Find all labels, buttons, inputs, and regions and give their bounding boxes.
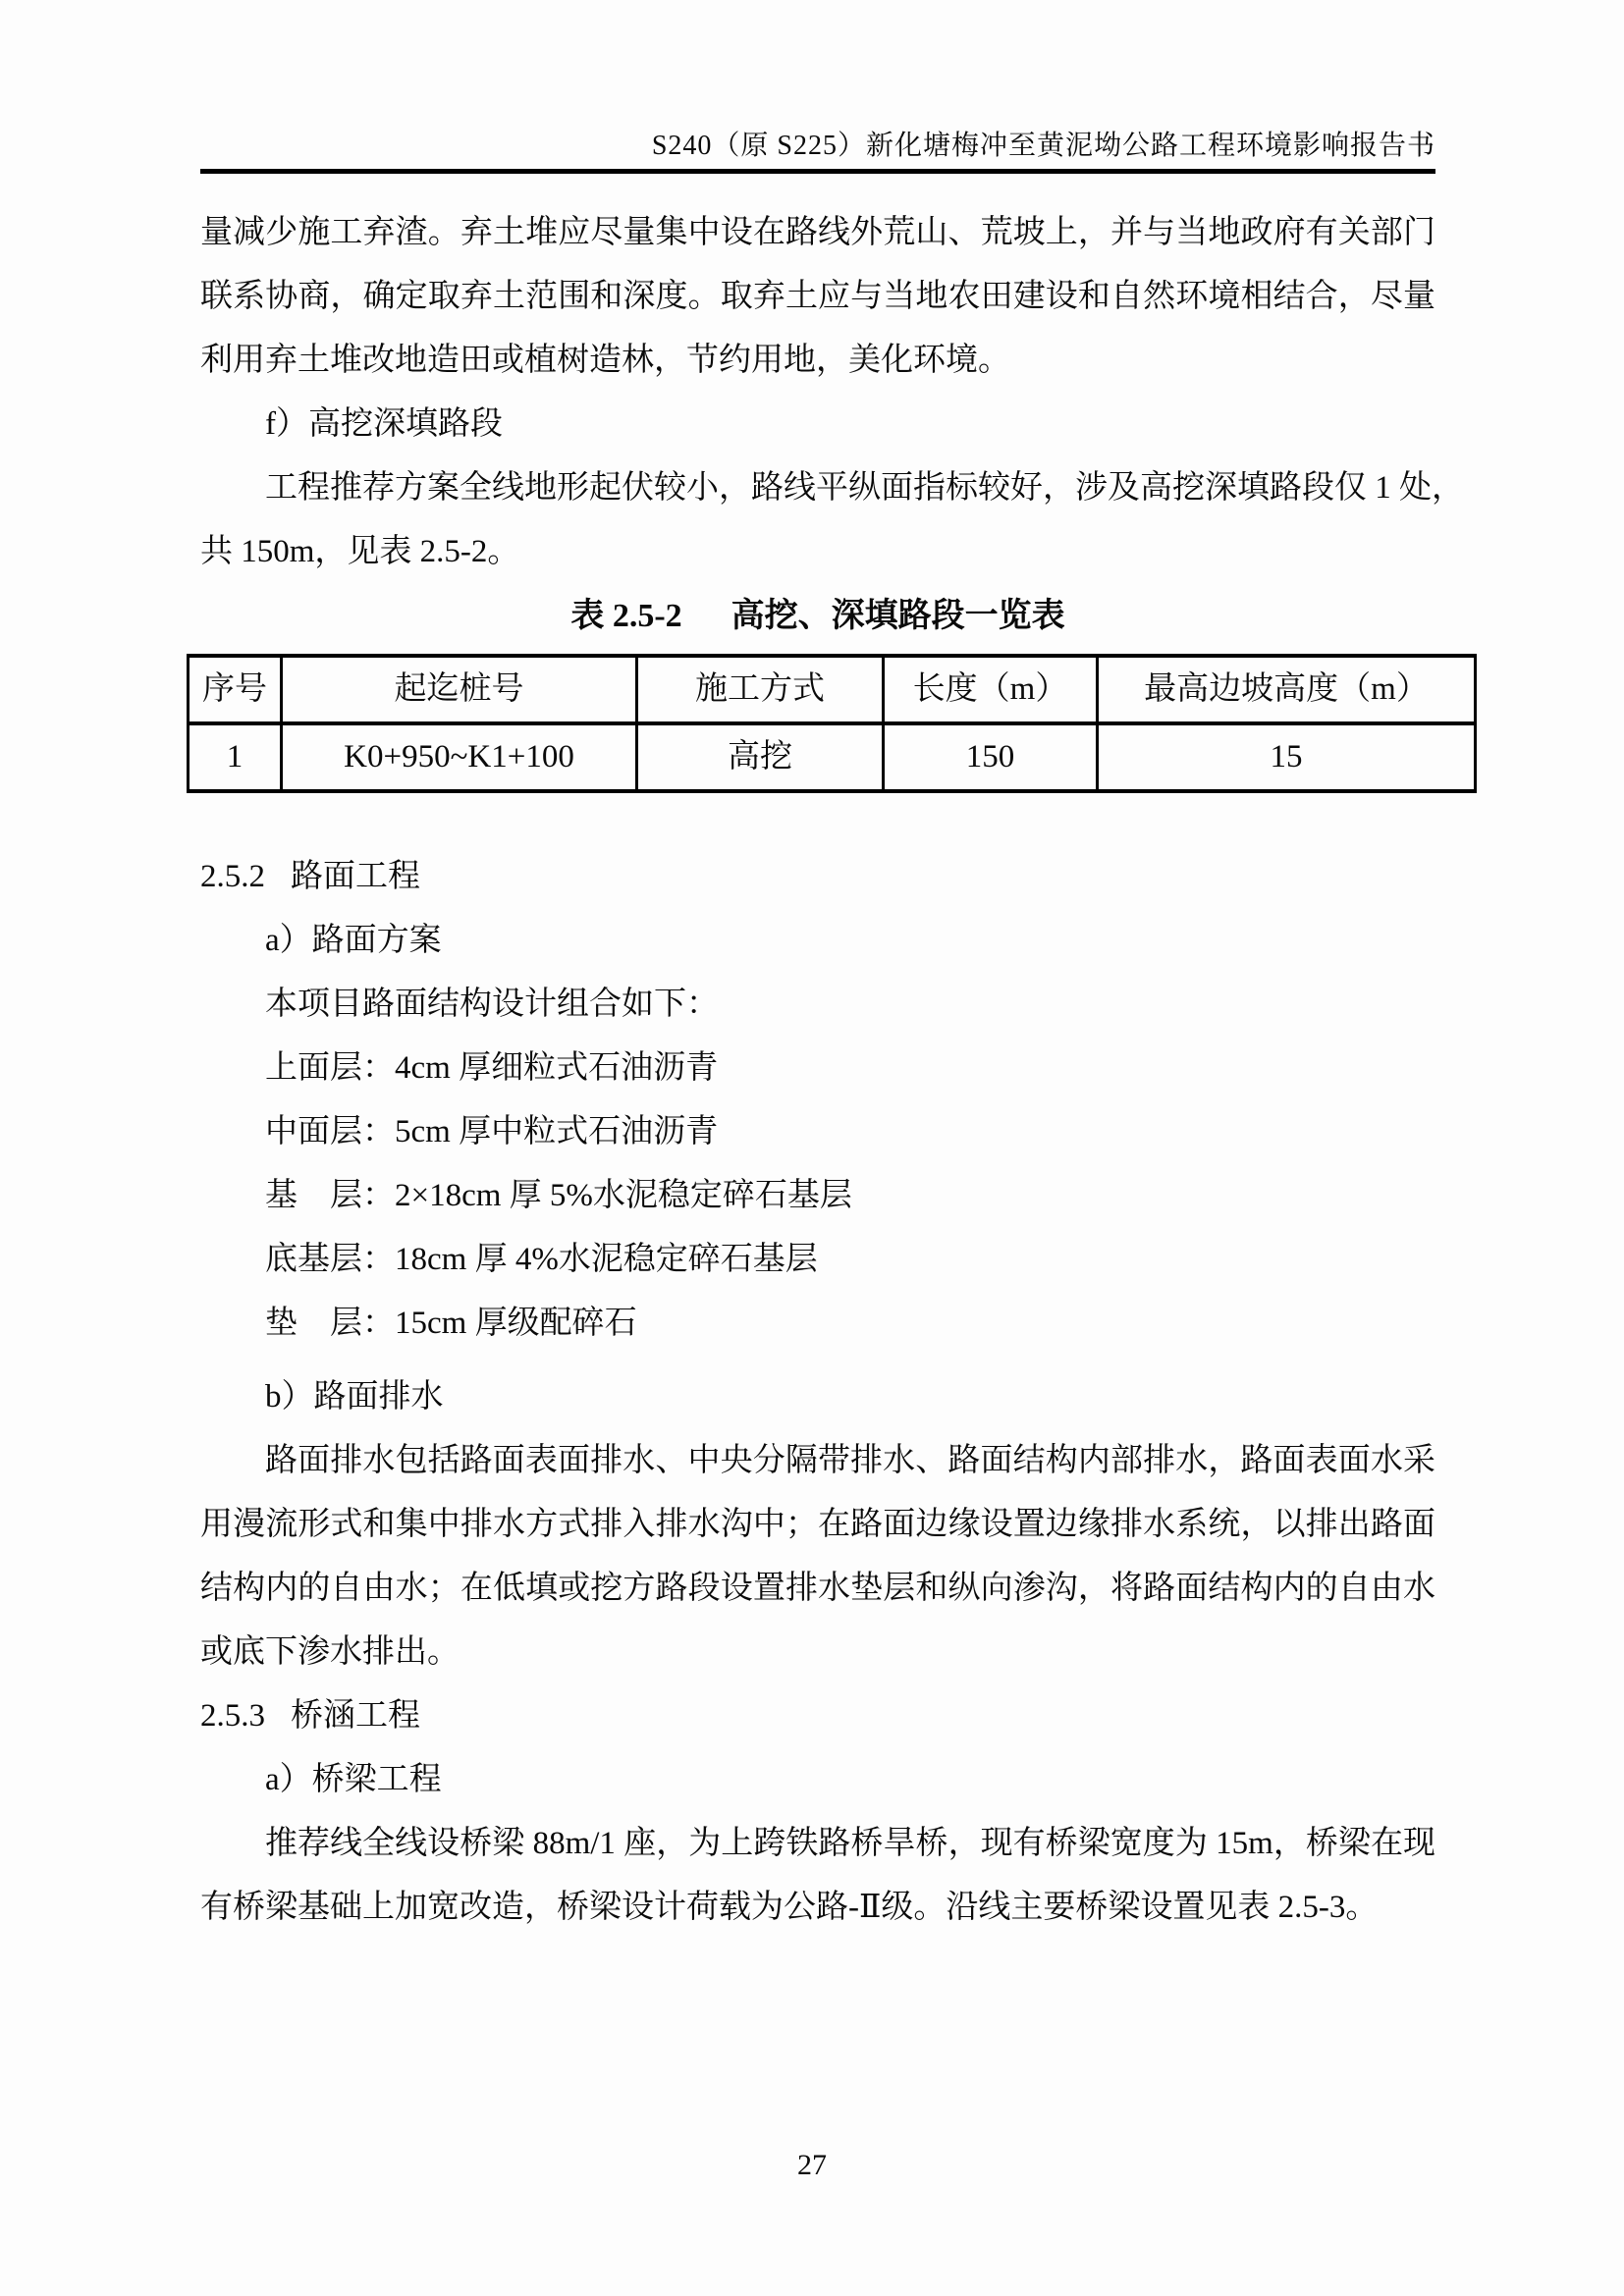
section-title: 路面工程 — [291, 859, 420, 894]
paragraph-spoil: 量减少施工弃渣。弃土堆应尽量集中设在路线外荒山、荒坡上，并与当地政府有关部门 联… — [200, 201, 1435, 393]
paragraph-line: 联系协商，确定取弃土范围和深度。取弃土应与当地农田建设和自然环境相结合，尽量 — [200, 265, 1435, 329]
paragraph-line: 共 150m，见表 2.5-2。 — [200, 520, 1435, 584]
table-row: 1 K0+950~K1+100 高挖 150 15 — [189, 723, 1476, 791]
cell-method: 高挖 — [637, 723, 884, 791]
paragraph-line: 结构内的自由水；在低填或挖方路段设置排水垫层和纵向渗沟，将路面结构内的自由水 — [200, 1557, 1435, 1621]
layer-line-surface-mid: 中面层：5cm 厚中粒式石油沥青 — [200, 1100, 1435, 1164]
section-number: 2.5.2 — [200, 859, 265, 894]
layer-line-base: 基 层：2×18cm 厚 5%水泥稳定碎石基层 — [200, 1164, 1435, 1228]
paragraph-drainage: 路面排水包括路面表面排水、中央分隔带排水、路面结构内部排水，路面表面水采 用漫流… — [200, 1429, 1435, 1684]
cell-seq: 1 — [189, 723, 282, 791]
list-item-b-drainage: b）路面排水 — [200, 1365, 1435, 1429]
cell-slope-height: 15 — [1098, 723, 1476, 791]
table-caption-label: 表 2.5-2 — [570, 598, 681, 634]
layer-line-subbase: 底基层：18cm 厚 4%水泥稳定碎石基层 — [200, 1228, 1435, 1292]
paragraph-line: 用漫流形式和集中排水方式排入排水沟中；在路面边缘设置边缘排水系统，以排出路面 — [200, 1493, 1435, 1557]
paragraph-line: 或底下渗水排出。 — [200, 1621, 1435, 1684]
section-title: 桥涵工程 — [291, 1698, 420, 1734]
page-number: 27 — [0, 2146, 1624, 2185]
line-intro: 本项目路面结构设计组合如下： — [200, 973, 1435, 1037]
section-number: 2.5.3 — [200, 1698, 265, 1734]
paragraph-line: 量减少施工弃渣。弃土堆应尽量集中设在路线外荒山、荒坡上，并与当地政府有关部门 — [200, 201, 1435, 265]
paragraph-line: 路面排水包括路面表面排水、中央分隔带排水、路面结构内部排水，路面表面水采 — [200, 1429, 1435, 1493]
paragraph-line: 推荐线全线设桥梁 88m/1 座，为上跨铁路桥旱桥，现有桥梁宽度为 15m，桥梁… — [200, 1812, 1435, 1876]
col-header-stake: 起迄桩号 — [282, 656, 637, 723]
paragraph-cutfill: 工程推荐方案全线地形起伏较小，路线平纵面指标较好，涉及高挖深填路段仅 1 处， … — [200, 456, 1435, 584]
section-heading-2-5-2: 2.5.2路面工程 — [200, 845, 1435, 909]
list-item-a-bridge: a）桥梁工程 — [200, 1748, 1435, 1812]
paragraph-line: 利用弃土堆改地造田或植树造林，节约用地，美化环境。 — [200, 329, 1435, 393]
col-header-slope-height: 最高边坡高度（m） — [1098, 656, 1476, 723]
cutfill-table: 序号 起迄桩号 施工方式 长度（m） 最高边坡高度（m） 1 K0+950~K1… — [187, 654, 1477, 793]
page-body: 量减少施工弃渣。弃土堆应尽量集中设在路线外荒山、荒坡上，并与当地政府有关部门 联… — [200, 201, 1435, 1940]
table-caption: 表 2.5-2高挖、深填路段一览表 — [200, 584, 1435, 648]
cell-length: 150 — [884, 723, 1098, 791]
list-item-f: f）高挖深填路段 — [200, 393, 1435, 456]
col-header-method: 施工方式 — [637, 656, 884, 723]
layer-line-surface-top: 上面层：4cm 厚细粒式石油沥青 — [200, 1037, 1435, 1100]
table-header-row: 序号 起迄桩号 施工方式 长度（m） 最高边坡高度（m） — [189, 656, 1476, 723]
col-header-seq: 序号 — [189, 656, 282, 723]
layer-line-bedding: 垫 层：15cm 厚级配碎石 — [200, 1292, 1435, 1356]
page-header: S240（原 S225）新化塘梅冲至黄泥坳公路工程环境影响报告书 — [0, 0, 1624, 174]
document-page: S240（原 S225）新化塘梅冲至黄泥坳公路工程环境影响报告书 量减少施工弃渣… — [0, 0, 1624, 2296]
paragraph-bridge: 推荐线全线设桥梁 88m/1 座，为上跨铁路桥旱桥，现有桥梁宽度为 15m，桥梁… — [200, 1812, 1435, 1940]
section-heading-2-5-3: 2.5.3桥涵工程 — [200, 1684, 1435, 1748]
paragraph-line: 有桥梁基础上加宽改造，桥梁设计荷载为公路-Ⅱ级。沿线主要桥梁设置见表 2.5-3… — [200, 1876, 1435, 1940]
col-header-length: 长度（m） — [884, 656, 1098, 723]
cell-stake: K0+950~K1+100 — [282, 723, 637, 791]
list-item-a-pavement: a）路面方案 — [200, 909, 1435, 973]
running-head: S240（原 S225）新化塘梅冲至黄泥坳公路工程环境影响报告书 — [200, 130, 1435, 174]
table-caption-title: 高挖、深填路段一览表 — [731, 598, 1065, 634]
paragraph-line: 工程推荐方案全线地形起伏较小，路线平纵面指标较好，涉及高挖深填路段仅 1 处， — [200, 456, 1435, 520]
